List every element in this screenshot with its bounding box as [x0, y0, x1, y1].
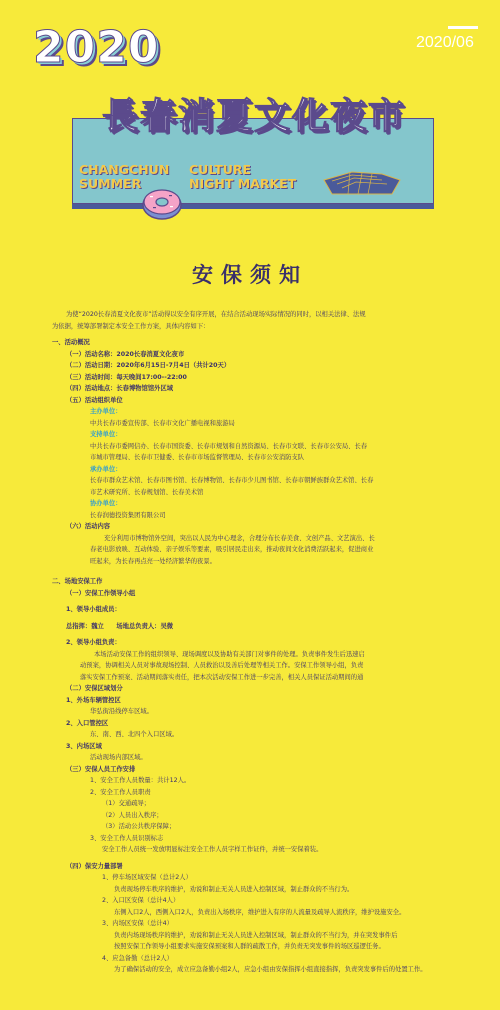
intro-line-2: 为依据，统筹部署制定本安全工作方案，具体内容如下：	[52, 321, 472, 333]
activity-time: （三）活动时间：每天晚间17:00--22:00	[52, 372, 472, 384]
intro-line-1: 为使“2020长春消夏文化夜市”活动得以安全有序开展，在结合活动现场实际情况的同…	[52, 309, 472, 321]
duty-line-2: 动预案，协调相关人员对事故现场控制、人员救治以及善后处理等相关工作。安保工作领导…	[52, 660, 472, 672]
activity-dates: （二）活动日期：2020年6月15日-7月4日（共计20天）	[52, 360, 472, 372]
deploy-4-text: 为了确保活动的安全，成立应急备勤小组2人，应急小组由安保指挥小组直接指挥，负责突…	[52, 964, 472, 976]
staff-duty-item: （3）活动公共秩序保障；	[52, 821, 472, 833]
content-line-2: 春老电影放映、互动体验、亲子娱乐等要素，吸引居民走出来，推动夜间文化消费活跃起来…	[52, 544, 472, 556]
deploy-1-text: 负责现场停车秩序的维护，劝说和制止无关人员进入控制区域，制止群众的不当行为。	[52, 884, 472, 896]
deploy-2-heading: 2、入口区安保（总计4人）	[52, 895, 472, 907]
section-2-heading: 二、场地安保工作	[52, 576, 472, 588]
en-word-night-market: NIGHT MARKET	[189, 177, 296, 191]
co-label: 协办单位：	[52, 498, 472, 510]
staff-id-text: 安全工作人员统一发放明显标注安全工作人员字样工作证件，并统一安保着装。	[52, 844, 472, 856]
duty-line-1: 本场活动安保工作的组织领导、现场调度以及协助有关部门对事件的处理。负责事件发生后…	[52, 649, 472, 661]
deploy-2-text: 东侧入口2人，西侧入口2人，负责出入场秩序，维护进入有序的人流量及疏导人流秩序，…	[52, 907, 472, 919]
co-units: 长春润德投资集团有限公司	[52, 510, 472, 522]
staff-duty-item: （1）交通疏导；	[52, 798, 472, 810]
year-logo: 2020	[33, 26, 159, 70]
organizer-label: 承办单位：	[52, 464, 472, 476]
support-units-1: 中共长春市委网信办、长春市国资委、长春市规划和自然资源局、长春市文联、长春市公安…	[52, 441, 472, 453]
zone-3-text: 活动现场内部区域。	[52, 752, 472, 764]
host-label: 主办单位：	[52, 406, 472, 418]
deploy-3-heading: 3、内场区安保（总计4）	[52, 918, 472, 930]
members-heading: 1、领导小组成员：	[52, 604, 472, 616]
document-title: 安保须知	[0, 259, 500, 289]
museum-building-icon	[322, 170, 402, 196]
content-line-1: 充分利用市博物馆外空间，突出以人民为中心理念，合理分布长春美食、文创产品、文艺演…	[52, 533, 472, 545]
document-body: 为使“2020长春消夏文化夜市”活动得以安全有序开展，在结合活动现场实际情况的同…	[52, 309, 472, 976]
activity-name: （一）活动名称：2020长春消夏文化夜市	[52, 349, 472, 361]
zone-3-heading: 3、内场区域	[52, 741, 472, 753]
staff-heading: （三）安保人员工作安排	[52, 764, 472, 776]
issue-date: 2020/06	[416, 34, 474, 52]
host-units: 中共长春市委宣传部、长春市文化广播电视和旅游局	[52, 418, 472, 430]
staff-count: 1、安全工作人员数量：共计12人。	[52, 775, 472, 787]
en-word-changchun: CHANGCHUN	[79, 163, 181, 177]
organizer-units-2: 市艺术研究所、长春规划馆、长春美术馆	[52, 487, 472, 499]
deployment-heading: （四）保安力量部署	[52, 861, 472, 873]
members: 总指挥：魏立 场地总负责人：吴微	[52, 621, 472, 633]
staff-id-heading: 3、安全工作人员识别标志	[52, 833, 472, 845]
zone-1-text: 华弘街沿线停车区域。	[52, 706, 472, 718]
zone-2-text: 东、南、西、北四个入口区域。	[52, 729, 472, 741]
organizer-units-1: 长春市群众艺术馆、长春市图书馆、长春博物馆、长春市少儿图书馆、长春市朝鲜族群众艺…	[52, 475, 472, 487]
date-divider	[448, 26, 478, 29]
content-line-3: 旺起来，为长春再点亮一处经济繁华的夜景。	[52, 556, 472, 568]
zone-1-heading: 1、外场车辆管控区	[52, 695, 472, 707]
en-word-culture: CULTURE	[189, 163, 251, 177]
donut-icon	[141, 185, 183, 221]
staff-duties-heading: 2、安全工作人员职责	[52, 787, 472, 799]
leadership-heading: （一）安保工作领导小组	[52, 588, 472, 600]
support-label: 支持单位：	[52, 429, 472, 441]
zones-heading: （二）安保区域划分	[52, 683, 472, 695]
duty-heading: 2、领导小组负责：	[52, 637, 472, 649]
deploy-4-heading: 4、应急备勤（总计2人）	[52, 953, 472, 965]
duty-line-3: 落实安保工作预案、活动期间落实责任，把本次活动安保工作进一步完善，相关人员保证活…	[52, 672, 472, 684]
deploy-1-heading: 1、停车场区域安保（总计2人）	[52, 872, 472, 884]
deploy-3-text-2: 按照安保工作领导小组要求实施安保预案和人群的疏散工作，并负责无突发事件的场区巡逻…	[52, 941, 472, 953]
staff-duty-item: （2）人员出入秩序；	[52, 810, 472, 822]
content-heading: （六）活动内容	[52, 521, 472, 533]
event-title-cn: 長春消夏文化夜市	[74, 97, 434, 137]
deploy-3-text-1: 负责内场现场秩序的维护，劝说和制止无关人员进入控制区域，制止群众的不当行为，并在…	[52, 930, 472, 942]
zone-2-heading: 2、入口管控区	[52, 718, 472, 730]
section-1-heading: 一、活动概况	[52, 337, 472, 349]
support-units-2: 市城市管理局、长春市卫健委、长春市市场监督管理局、长春市公安消防支队	[52, 452, 472, 464]
org-heading: （五）活动组织单位	[52, 395, 472, 407]
event-title-en: CHANGCHUNCULTURE SUMMERNIGHT MARKET	[79, 163, 296, 191]
activity-location: （四）活动地点：长春博物馆馆外区域	[52, 383, 472, 395]
